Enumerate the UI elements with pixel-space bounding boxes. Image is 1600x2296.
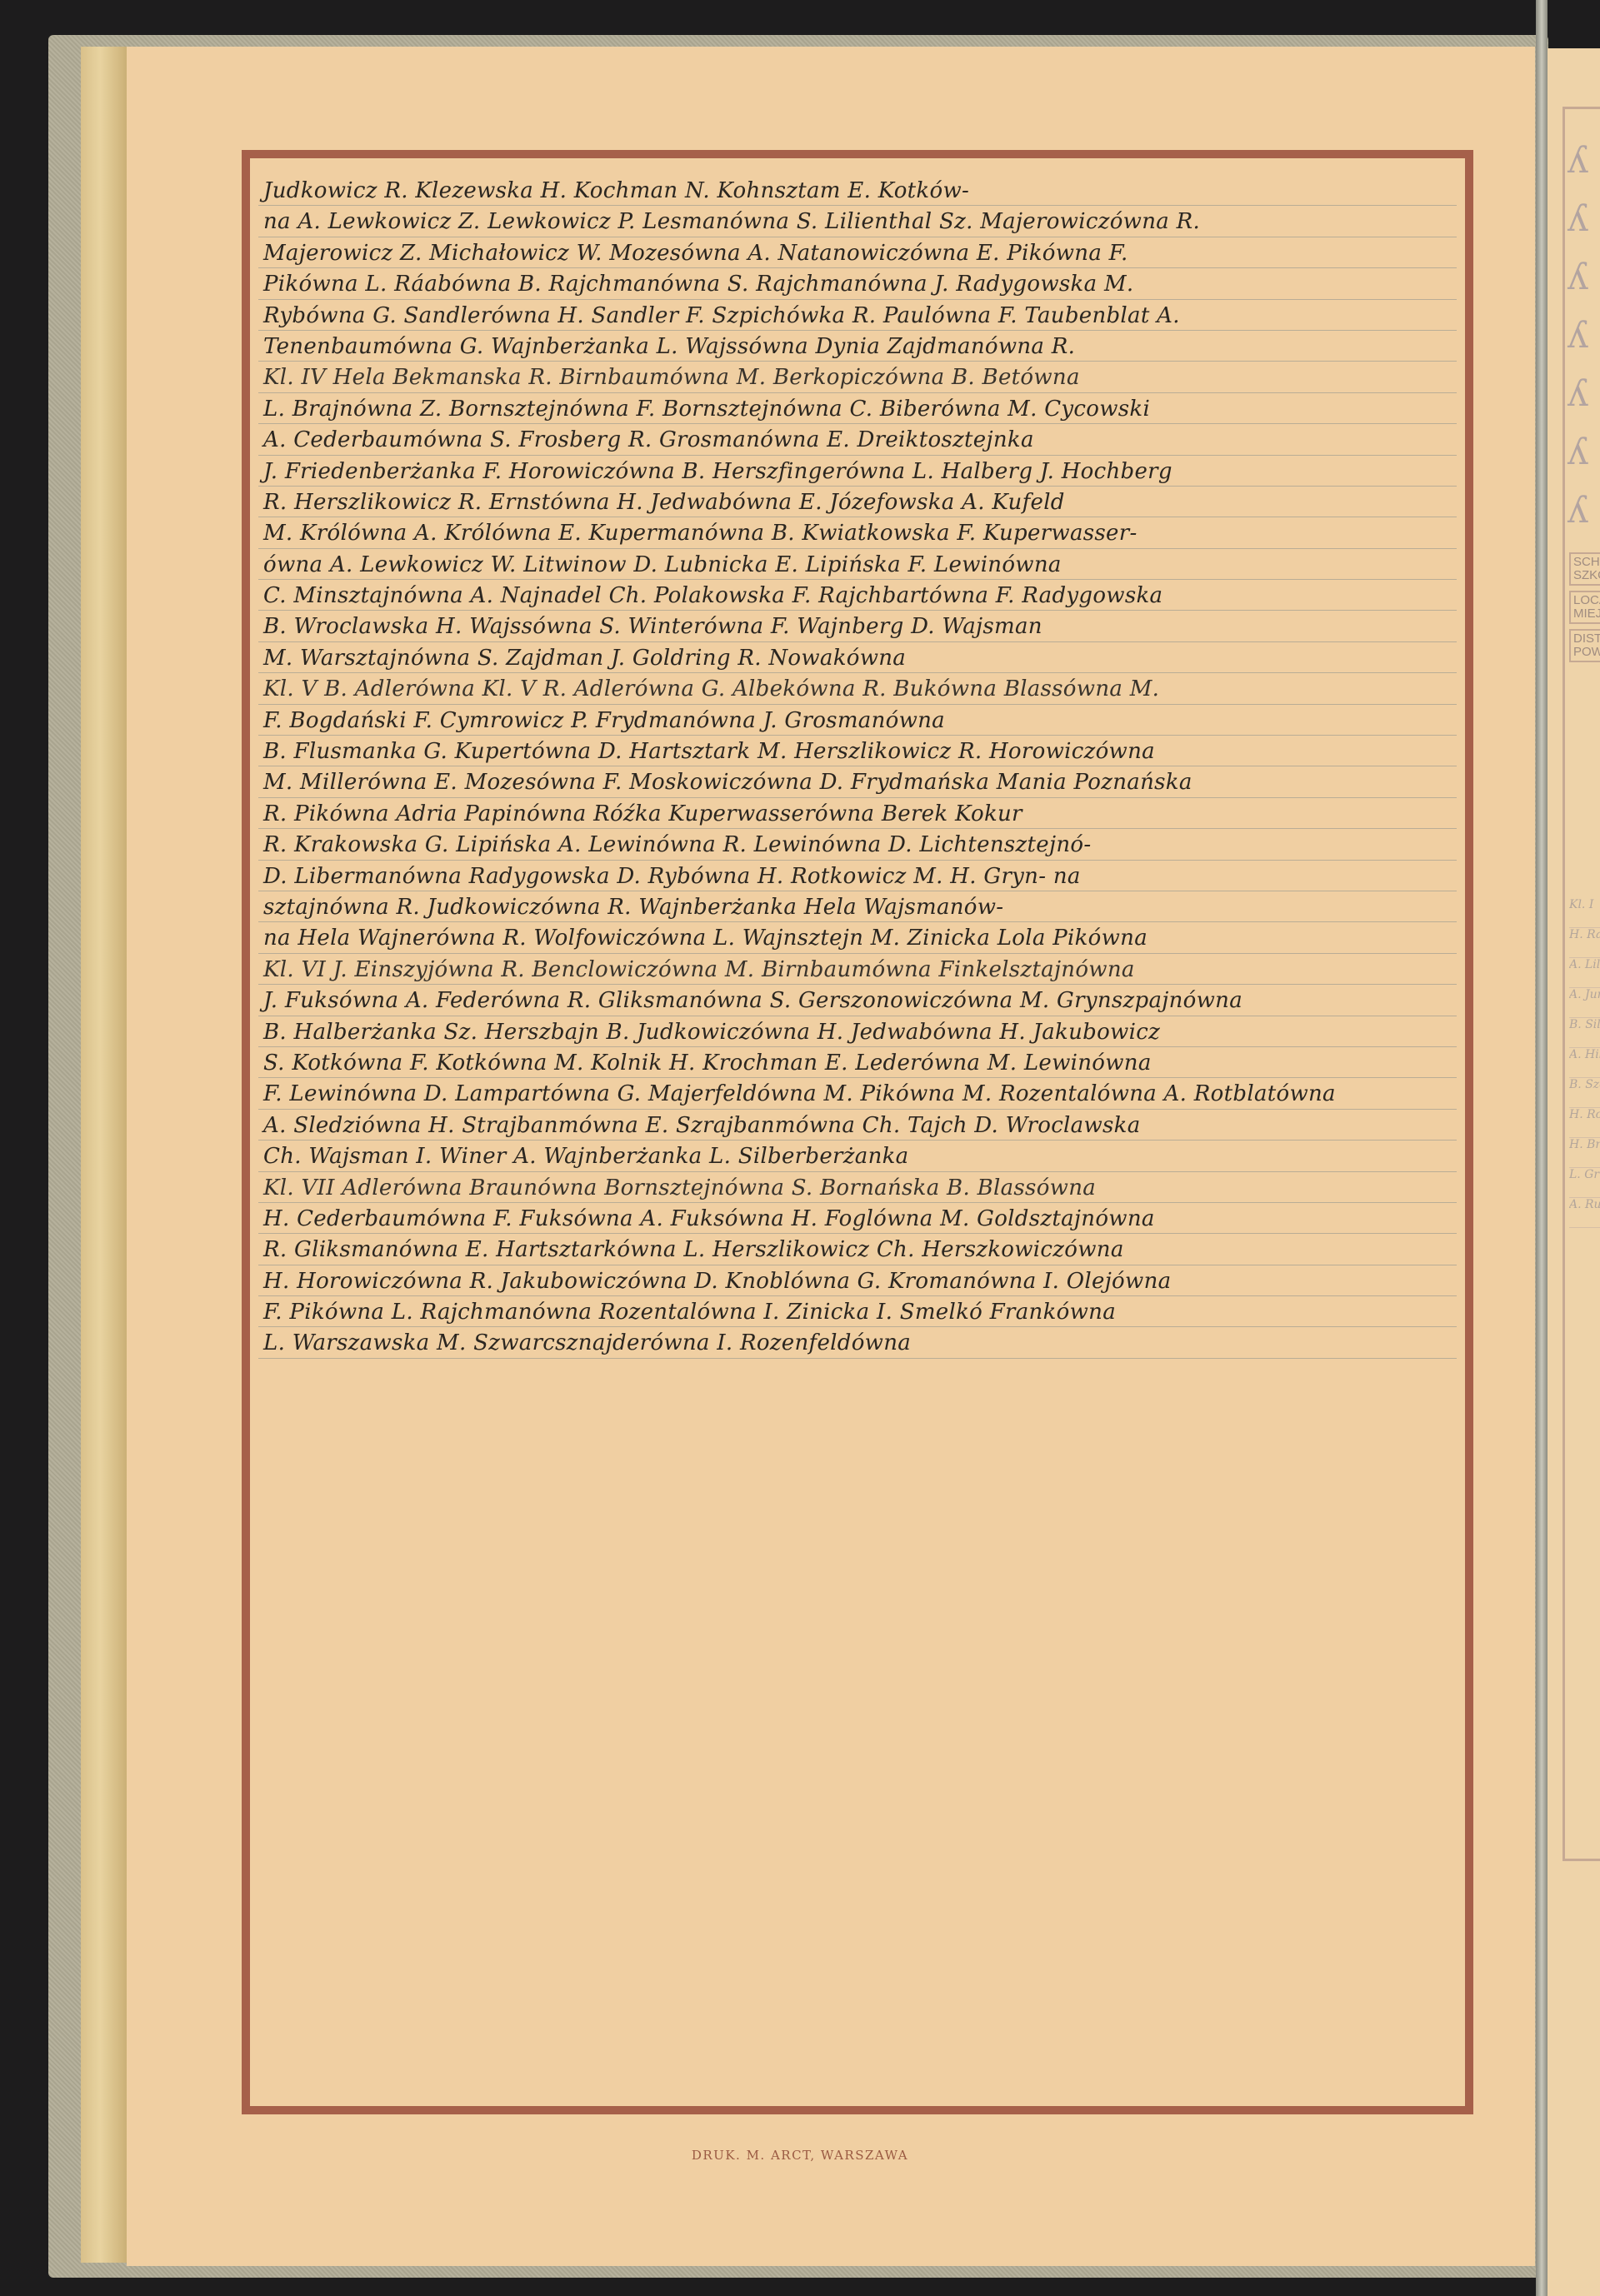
handwritten-line: B. Halberżanka Sz. Herszbajn B. Judkowic… [258,1016,1457,1047]
adjacent-page-label: LOCALIMIEJSC [1569,591,1600,624]
handwritten-line: Tenenbaumówna G. Wajnberżanka L. Wajssów… [258,331,1457,362]
handwritten-line: R. Krakowska G. Lipińska A. Lewinówna R.… [258,829,1457,860]
handwritten-line: C. Minsztajnówna A. Najnadel Ch. Polakow… [258,580,1457,611]
handwritten-line: A. Cederbaumówna S. Frosberg R. Grosmanó… [258,424,1457,455]
handwritten-line: Judkowicz R. Klezewska H. Kochman N. Koh… [258,175,1457,206]
adjacent-page-line: H. Rajche [1569,928,1600,958]
handwritten-line: R. Pikówna Adria Papinówna Róźka Kuperwa… [258,798,1457,829]
adjacent-page-line: H. Brande [1569,1138,1600,1168]
handwritten-line: ówna A. Lewkowicz W. Litwinow D. Lubnick… [258,549,1457,580]
handwritten-line: M. Warsztajnówna S. Zajdman J. Goldring … [258,642,1457,673]
adjacent-page-label: SCHOOLSZKOŁA [1569,552,1600,586]
adjacent-page-line: B. Szende [1569,1078,1600,1108]
handwritten-line: Rybówna G. Sandlerówna H. Sandler F. Szp… [258,300,1457,331]
handwritten-line: F. Lewinówna D. Lampartówna G. Majerfeld… [258,1078,1457,1109]
ornament-glyph-icon: ʎ [1567,423,1600,482]
handwritten-line: Majerowicz Z. Michałowicz W. Mozesówna A… [258,237,1457,268]
handwritten-line: na Hela Wajnerówna R. Wolfowiczówna L. W… [258,922,1457,953]
handwritten-line: B. Flusmanka G. Kupertówna D. Hartsztark… [258,736,1457,766]
handwritten-line: D. Libermanówna Radygowska D. Rybówna H.… [258,861,1457,891]
handwritten-line: J. Fuksówna A. Federówna R. Gliksmanówna… [258,985,1457,1016]
page-block-edge [81,47,129,2263]
handwritten-line: sztajnówna R. Judkowiczówna R. Wajnberża… [258,891,1457,922]
handwritten-line: A. Sledziówna H. Strajbanmówna E. Szrajb… [258,1110,1457,1141]
adjacent-page-label: DISTRICPOWIA [1569,629,1600,662]
handwritten-line: H. Cederbaumówna F. Fuksówna A. Fuksówna… [258,1203,1457,1234]
handwritten-line: na A. Lewkowicz Z. Lewkowicz P. Lesmanów… [258,206,1457,237]
ornament-glyph-icon: ʎ [1567,365,1600,423]
handwritten-line: Kl. IV Hela Bekmanska R. Birnbaumówna M.… [258,362,1457,392]
ornament-glyph-icon: ʎ [1567,248,1600,307]
adjacent-page-line: H. Rotma [1569,1108,1600,1138]
ornament-glyph-icon: ʎ [1567,132,1600,190]
handwritten-line: R. Herszlikowicz R. Ernstówna H. Jedwabó… [258,487,1457,517]
handwritten-line: L. Warszawska M. Szwarcsznajderówna I. R… [258,1327,1457,1358]
ornament-glyph-icon: ʎ [1567,190,1600,248]
adjacent-page-line: A. Hillel [1569,1048,1600,1078]
adjacent-page-line: A. Jungste [1569,988,1600,1018]
handwritten-line: S. Kotkówna F. Kotkówna M. Kolnik H. Kro… [258,1047,1457,1078]
adjacent-page-line: A. Lilienta [1569,958,1600,988]
adjacent-page-line: A. Rubin [1569,1198,1600,1228]
handwritten-line: M. Millerówna E. Mozesówna F. Moskowiczó… [258,766,1457,797]
ornament-glyph-icon: ʎ [1567,307,1600,365]
ruled-frame: Judkowicz R. Klezewska H. Kochman N. Koh… [242,150,1473,2114]
printer-imprint: DRUK. M. ARCT, WARSZAWA [0,2148,1600,2163]
handwritten-line: H. Horowiczówna R. Jakubowiczówna D. Kno… [258,1265,1457,1296]
handwritten-line: Pikówna L. Ráabówna B. Rajchmanówna S. R… [258,268,1457,299]
handwritten-line: Kl. VI J. Einszyjówna R. Benclowiczówna … [258,954,1457,985]
handwritten-line: Kl. V B. Adlerówna Kl. V R. Adlerówna G.… [258,673,1457,704]
adjacent-page-line: Kl. I [1569,898,1600,928]
handwritten-list: Judkowicz R. Klezewska H. Kochman N. Koh… [258,175,1457,1359]
handwritten-line: Ch. Wajsman I. Winer A. Wajnberżanka L. … [258,1141,1457,1171]
adjacent-page-line: B. Silbert [1569,1018,1600,1048]
adjacent-page-labels: SCHOOLSZKOŁALOCALIMIEJSCDISTRICPOWIA [1569,552,1600,667]
handwritten-line: F. Bogdański F. Cymrowicz P. Frydmanówna… [258,705,1457,736]
handwritten-line: M. Królówna A. Królówna E. Kupermanówna … [258,517,1457,548]
adjacent-page-line: L. Grudn [1569,1168,1600,1198]
adjacent-page-list: Kl. IH. RajcheA. LilientaA. JungsteB. Si… [1569,898,1600,1228]
handwritten-line: J. Friedenberżanka F. Horowiczówna B. He… [258,456,1457,487]
handwritten-line: F. Pikówna L. Rajchmanówna Rozentalówna … [258,1296,1457,1327]
handwritten-line: B. Wroclawska H. Wajssówna S. Winterówna… [258,611,1457,641]
ornament-glyph-icon: ʎ [1567,482,1600,540]
ornament-icon: ʎʎʎʎʎʎʎ [1567,132,1600,540]
adjacent-page: ʎʎʎʎʎʎʎ SCHOOLSZKOŁALOCALIMIEJSCDISTRICP… [1547,48,1600,2296]
book-spine [1536,0,1547,2296]
handwritten-line: L. Brajnówna Z. Bornsztejnówna F. Bornsz… [258,393,1457,424]
handwritten-line: Kl. VII Adlerówna Braunówna Bornsztejnów… [258,1172,1457,1203]
handwritten-line: R. Gliksmanówna E. Hartsztarkówna L. Her… [258,1234,1457,1265]
